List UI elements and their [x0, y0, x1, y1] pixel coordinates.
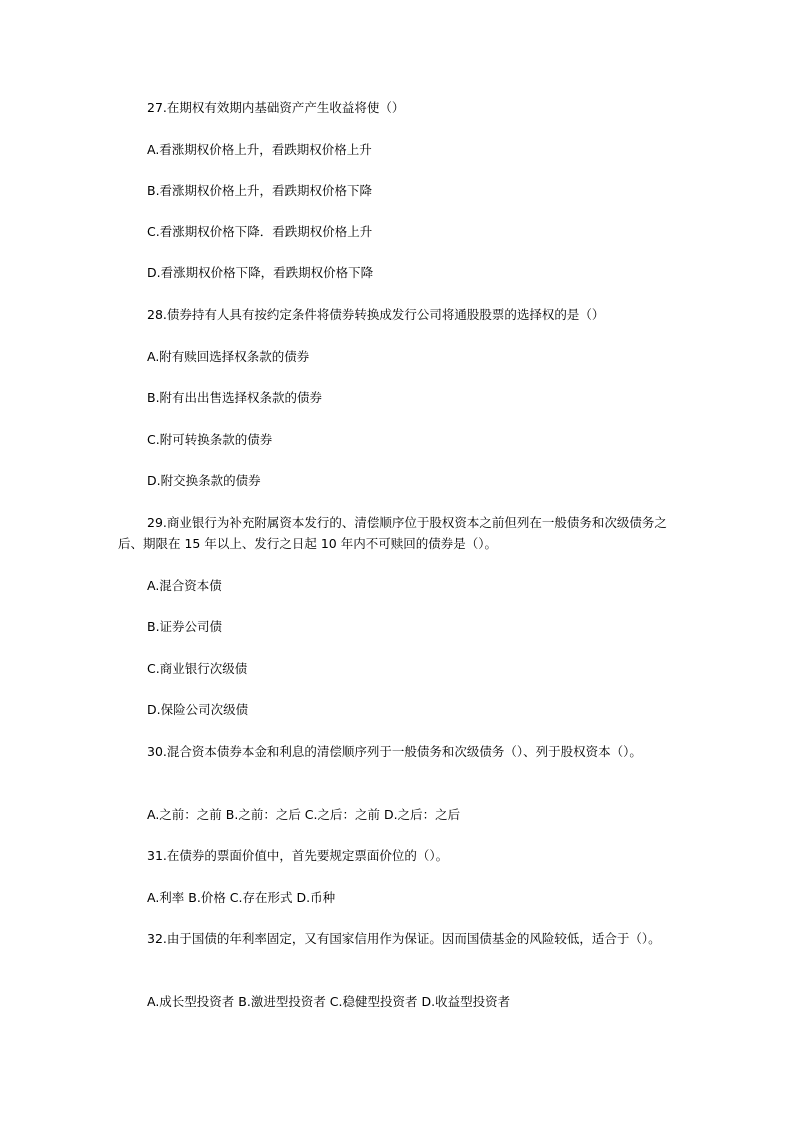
- question-28-option-c: C.附可转换条款的债券: [147, 433, 272, 447]
- question-32-options: A.成长型投资者 B.激进型投资者 C.稳健型投资者 D.收益型投资者: [147, 995, 510, 1009]
- question-28-option-d: D.附交换条款的债券: [147, 474, 261, 488]
- question-31-stem: 31.在债券的票面价值中，首先要规定票面价位的（）。: [147, 849, 448, 863]
- question-30-stem: 30.混合资本债券本金和利息的清偿顺序列于一般债务和次级债务（）、列于股权资本（…: [118, 741, 678, 762]
- question-29-option-a: A.混合资本债: [147, 579, 222, 593]
- question-30-options: A.之前：之前 B.之前：之后 C.之后：之前 D.之后：之后: [147, 808, 460, 822]
- question-27-option-c: C.看涨期权价格下降．看跌期权价格上升: [147, 225, 372, 239]
- question-29-option-d: D.保险公司次级债: [147, 703, 248, 717]
- question-32-stem: 32.由于国债的年利率固定，又有国家信用作为保证。因而国债基金的风险较低，适合于…: [118, 928, 678, 949]
- question-27-option-a: A.看涨期权价格上升，看跌期权价格上升: [147, 143, 372, 157]
- question-27-option-b: B.看涨期权价格上升，看跌期权价格下降: [147, 184, 372, 198]
- question-29-option-b: B.证券公司债: [147, 620, 222, 634]
- question-28-stem: 28.债券持有人具有按约定条件将债券转换成发行公司将通股股票的选择权的是（）: [147, 308, 604, 322]
- question-27-stem: 27.在期权有效期内基础资产产生收益将使（）: [147, 101, 404, 115]
- question-29-option-c: C.商业银行次级债: [147, 662, 247, 676]
- document-page: 27.在期权有效期内基础资产产生收益将使（） A.看涨期权价格上升，看跌期权价格…: [0, 0, 794, 1123]
- question-28-option-b: B.附有出出售选择权条款的债券: [147, 391, 322, 405]
- question-28-option-a: A.附有赎回选择权条款的债券: [147, 350, 309, 364]
- question-31-options: A.利率 B.价格 C.存在形式 D.币种: [147, 891, 335, 905]
- question-29-stem: 29.商业银行为补充附属资本发行的、清偿顺序位于股权资本之前但列在一般债务和次级…: [118, 512, 678, 554]
- question-27-option-d: D.看涨期权价格下降，看跌期权价格下降: [147, 266, 373, 280]
